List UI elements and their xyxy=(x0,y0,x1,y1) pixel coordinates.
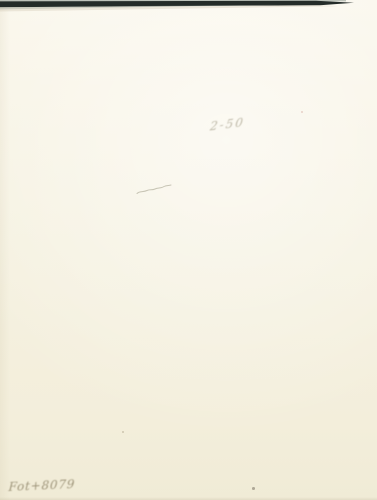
pencil-squiggle-mark xyxy=(135,180,173,198)
pencil-catalog-inscription: Fot+8079 xyxy=(8,477,76,494)
dust-speck xyxy=(301,111,303,113)
pencil-price-inscription: 2-50 xyxy=(209,115,245,134)
paper-top-edge-strip xyxy=(0,0,377,14)
photo-verso-scan: 2-50 Fot+8079 xyxy=(0,0,377,500)
dust-speck xyxy=(122,431,124,433)
dust-speck xyxy=(252,487,255,490)
